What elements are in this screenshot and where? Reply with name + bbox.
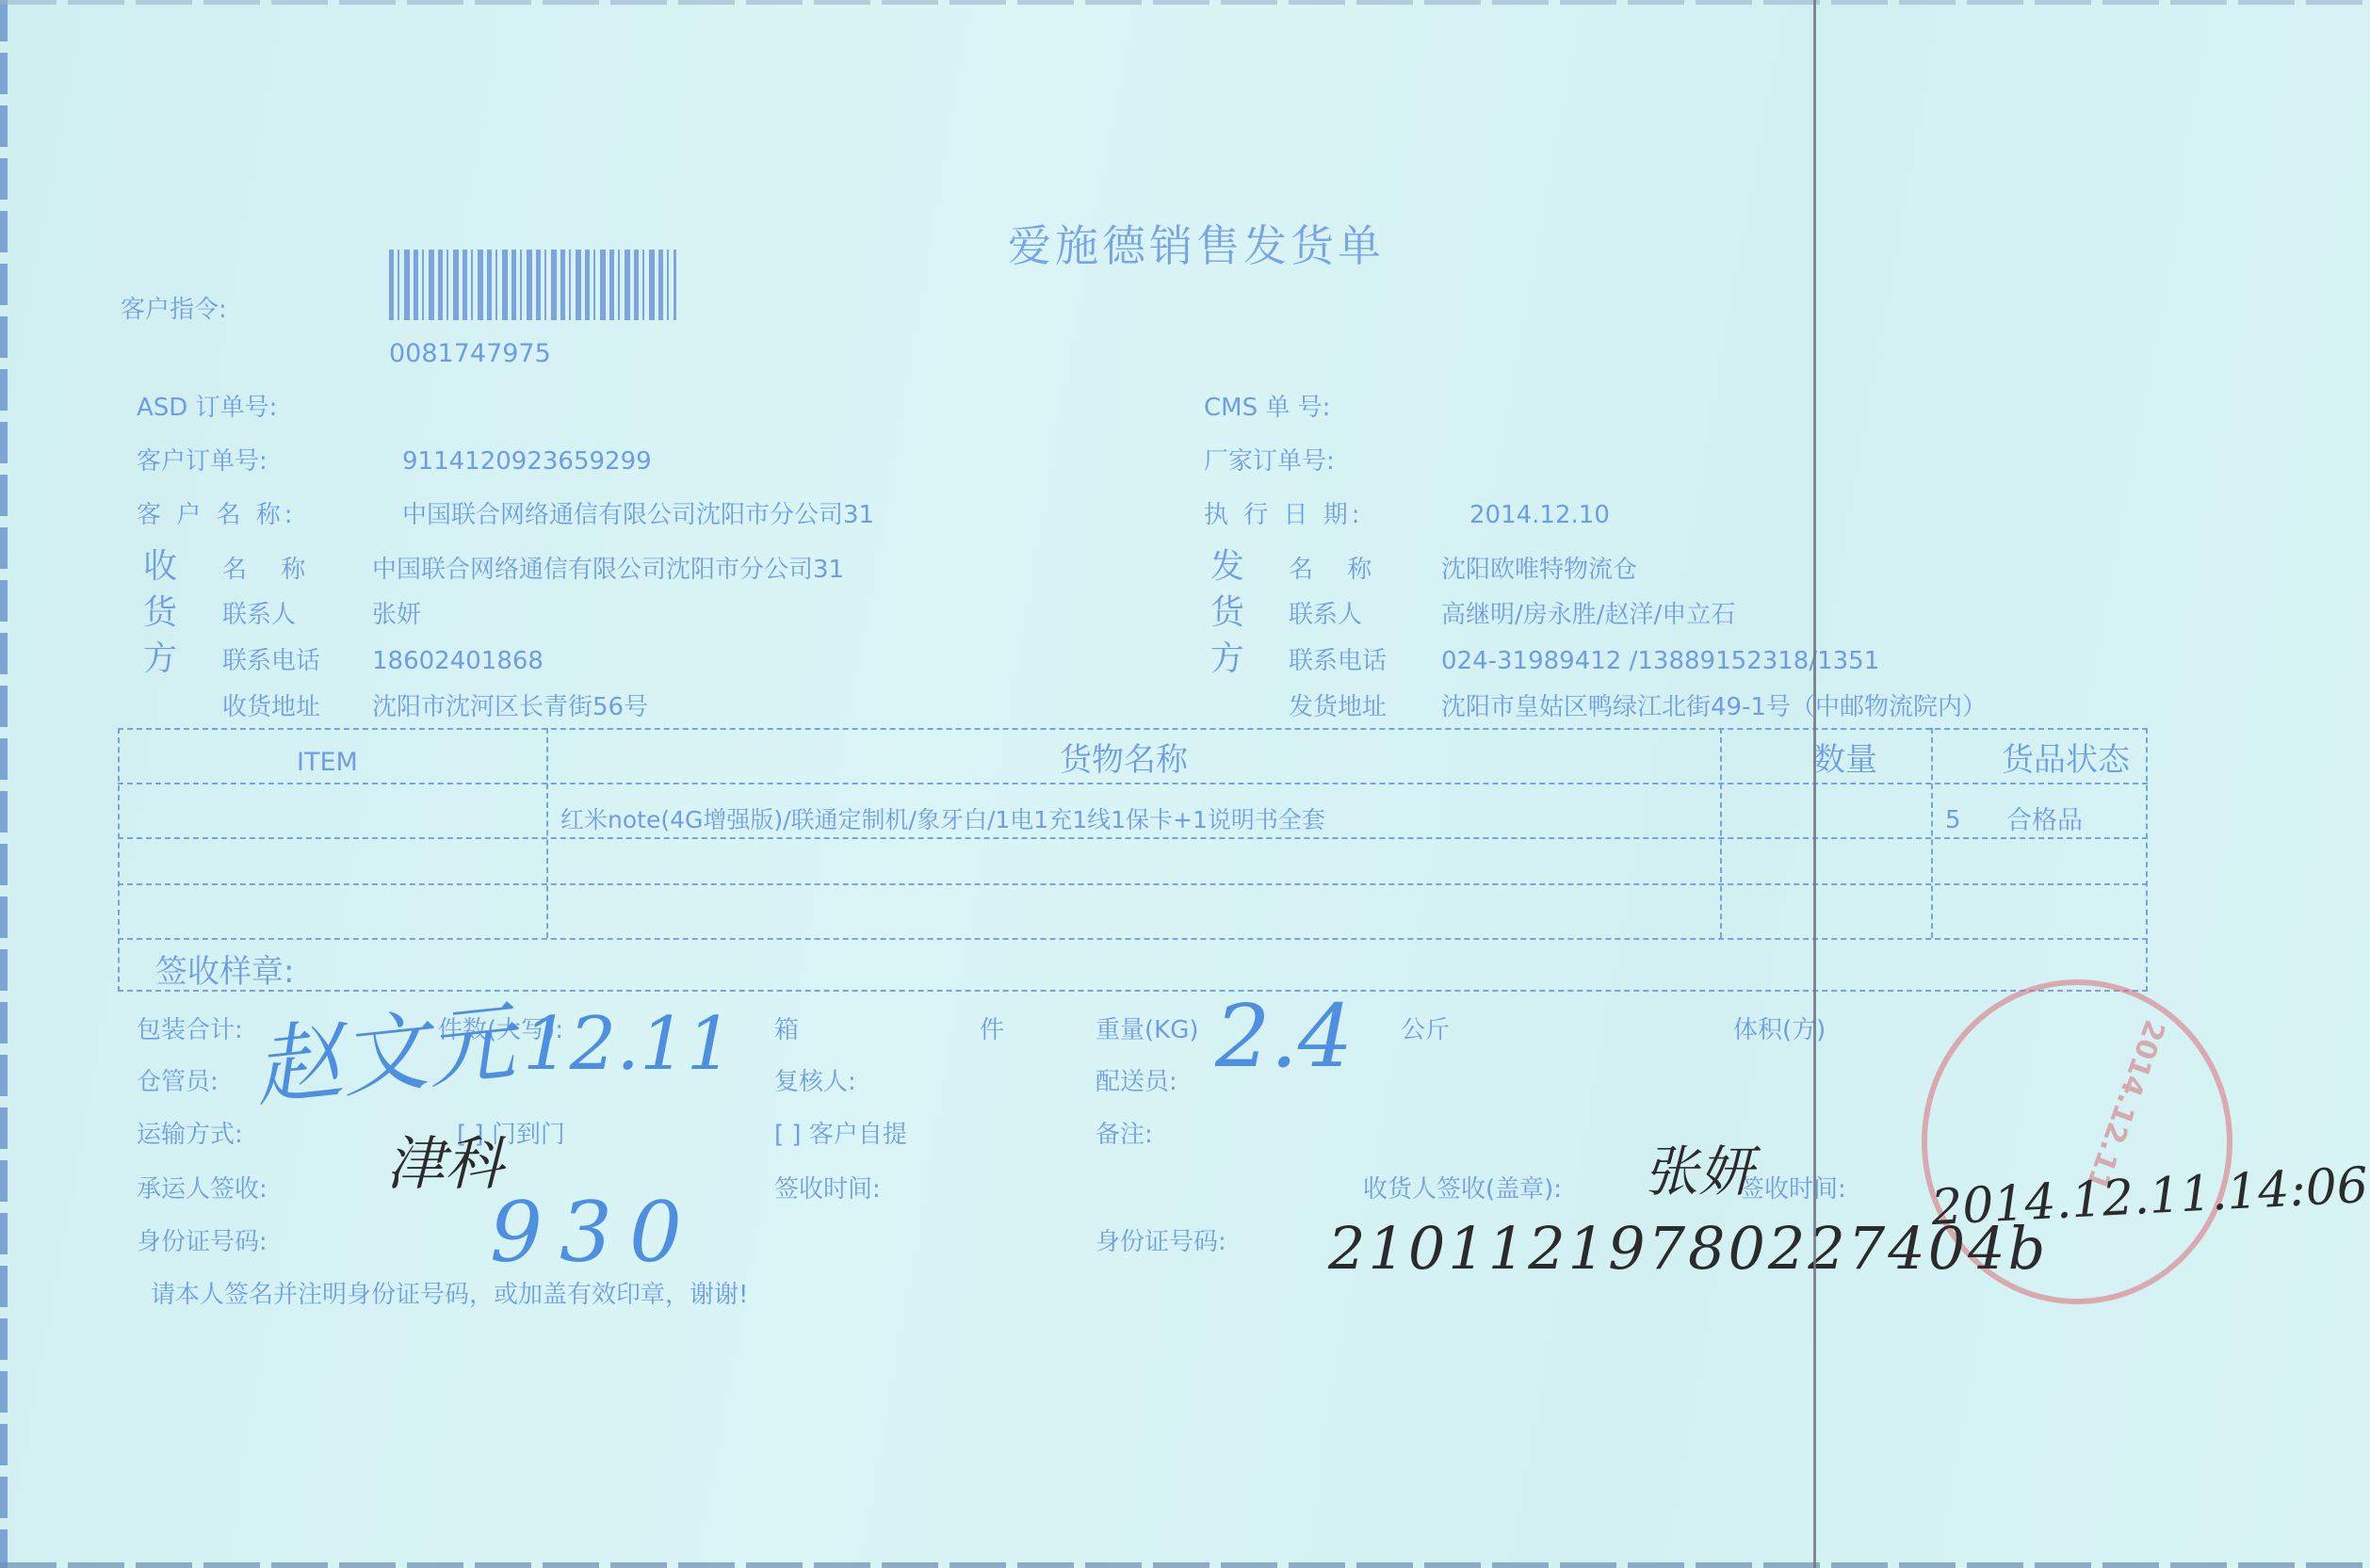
signature-notice: 请本人签名并注明身份证号码，或加盖有效印章，谢谢! — [151, 1283, 748, 1307]
row-goods-name: 红米note(4G增强版)/联通定制机/象牙白/1电1充1线1保卡+1说明书全套 — [560, 808, 1325, 832]
carrier-sign-label: 承运人签收: — [137, 1177, 268, 1202]
customer-name-label: 客 户 名 称: — [137, 503, 297, 527]
table-col-divider — [546, 728, 548, 938]
handwritten-carrier-signature: 津科 — [386, 1135, 503, 1193]
left-perforation — [0, 0, 8, 1568]
warehouse-keeper-label: 仓管员: — [137, 1070, 219, 1094]
customer-order-value: 9114120923659299 — [402, 449, 652, 474]
receiver-phone-value: 18602401868 — [372, 649, 544, 673]
row-quantity: 5 — [1945, 808, 1961, 832]
self-pickup-option[interactable]: [ ] 客户自提 — [774, 1123, 907, 1147]
sender-side-char-2: 货 — [1210, 596, 1244, 630]
volume-label: 体积(方) — [1733, 1018, 1826, 1043]
id-number-label-left: 身份证号码: — [137, 1230, 268, 1254]
receiver-name-label: 名 称 — [222, 558, 318, 582]
table-divider — [118, 837, 2148, 839]
receiver-phone-label: 联系电话 — [222, 649, 320, 673]
handwritten-warehouse-signature: 赵文元 — [251, 999, 518, 1112]
table-col-divider — [1931, 728, 1933, 938]
weight-unit: 公斤 — [1401, 1018, 1450, 1043]
consignee-sign-time-label: 签收时间: — [1740, 1177, 1846, 1202]
table-col-divider — [1720, 728, 1722, 938]
exec-date-value: 2014.12.10 — [1469, 503, 1610, 527]
exec-date-label: 执 行 日 期: — [1204, 503, 1364, 527]
receiver-address-label: 收货地址 — [222, 695, 320, 719]
asd-order-label: ASD 订单号: — [137, 396, 277, 420]
signature-stamp-label: 签收样章: — [155, 956, 294, 988]
handwritten-consignee-signature: 张妍 — [1644, 1144, 1753, 1199]
top-perforation — [0, 0, 2370, 5]
table-header-quantity: 数量 — [1813, 744, 1877, 776]
factory-order-label: 厂家订单号: — [1204, 449, 1335, 474]
sign-time-label: 签收时间: — [774, 1177, 881, 1202]
sender-phone-label: 联系电话 — [1289, 649, 1387, 673]
transport-label: 运输方式: — [137, 1123, 243, 1147]
table-divider — [118, 938, 2148, 940]
handwritten-id-number: 21011219780227404b — [1328, 1220, 2048, 1278]
sender-side-char-3: 方 — [1210, 642, 1244, 676]
handwritten-weight: 2.4 — [1215, 994, 1353, 1080]
table-divider — [118, 783, 2148, 784]
delivery-person-label: 配送员: — [1096, 1070, 1177, 1094]
sender-name-value: 沈阳欧唯特物流仓 — [1441, 558, 1637, 582]
customer-name-value: 中国联合网络通信有限公司沈阳市分公司31 — [402, 503, 874, 527]
receiver-side-char-2: 货 — [143, 596, 177, 630]
fold-line — [1813, 0, 1816, 1568]
sender-name-label: 名 称 — [1289, 558, 1385, 582]
table-header-goods-name: 货物名称 — [1060, 744, 1188, 776]
box-label: 箱 — [774, 1018, 799, 1043]
bottom-perforation — [0, 1562, 2370, 1568]
sender-contact-label: 联系人 — [1289, 603, 1362, 627]
weight-label: 重量(KG) — [1096, 1018, 1199, 1043]
sender-side-char-1: 发 — [1210, 550, 1244, 584]
handwritten-carrier-number: 930 — [490, 1191, 699, 1274]
table-header-item: ITEM — [297, 750, 358, 775]
document-title: 爱施德销售发货单 — [1008, 224, 1385, 267]
barcode-image — [389, 250, 676, 320]
customer-order-label: 客户订单号: — [137, 449, 268, 474]
table-divider — [118, 883, 2148, 885]
receiver-name-value: 中国联合网络通信有限公司沈阳市分公司31 — [372, 558, 844, 582]
row-status: 合格品 — [2006, 808, 2083, 833]
cms-order-label: CMS 单 号: — [1204, 396, 1330, 420]
barcode-number: 0081747975 — [389, 341, 551, 366]
remarks-label: 备注: — [1096, 1123, 1153, 1147]
receiver-contact-value: 张妍 — [372, 603, 421, 627]
sender-address-value: 沈阳市皇姑区鸭绿江北街49-1号（中邮物流院内） — [1441, 695, 1987, 719]
reviewer-label: 复核人: — [774, 1070, 856, 1094]
receiver-address-value: 沈阳市沈河区长青街56号 — [372, 695, 648, 719]
sender-contact-value: 高继明/房永胜/赵洋/申立石 — [1441, 603, 1735, 627]
receiver-contact-label: 联系人 — [222, 603, 296, 627]
handwritten-warehouse-date: 12.11 — [523, 1008, 733, 1081]
package-total-label: 包装合计: — [137, 1018, 243, 1043]
piece-label: 件 — [980, 1018, 1004, 1043]
consignee-sign-label: 收货人签收(盖章): — [1363, 1177, 1562, 1202]
receiver-side-char-3: 方 — [143, 642, 177, 676]
customer-instruction-label: 客户指令: — [121, 298, 227, 322]
id-number-label-right: 身份证号码: — [1096, 1230, 1226, 1254]
receiver-side-char-1: 收 — [143, 550, 177, 584]
table-header-status: 货品状态 — [2002, 744, 2130, 776]
sender-address-label: 发货地址 — [1289, 695, 1387, 719]
